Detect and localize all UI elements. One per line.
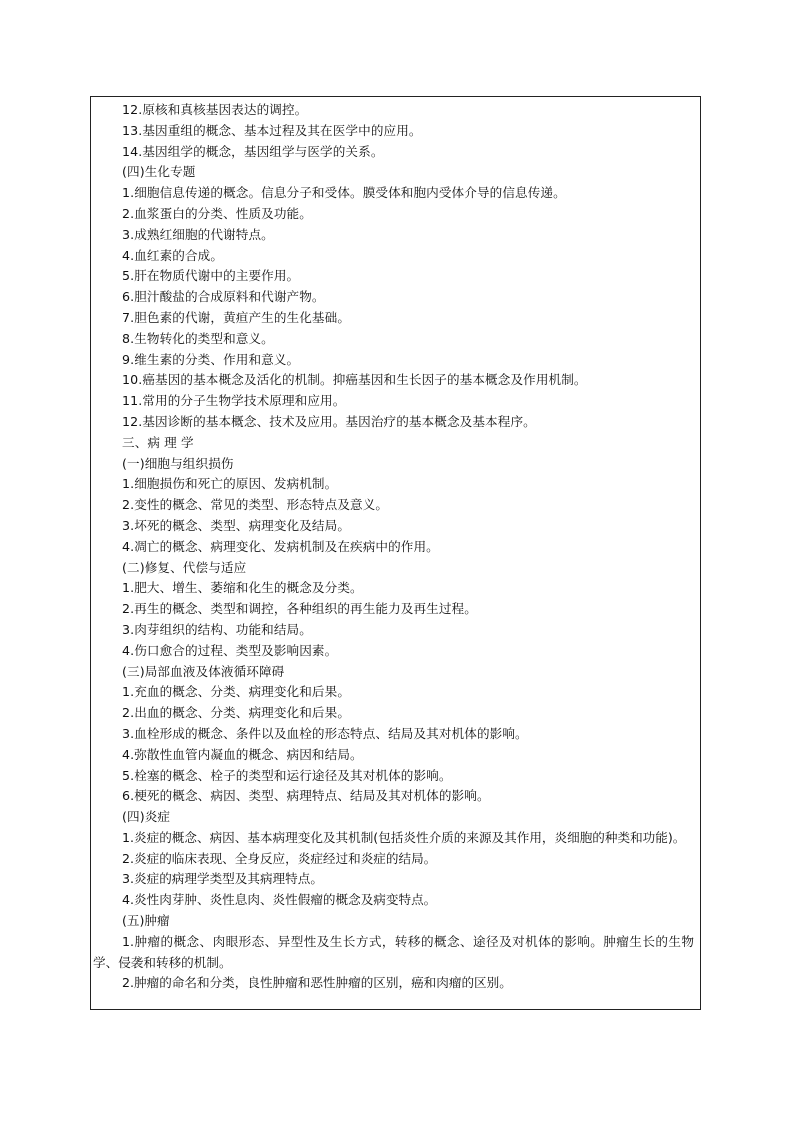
paragraph-item: 4.炎性肉芽肿、炎性息肉、炎性假瘤的概念及病变特点。 [91, 890, 700, 911]
list-item: 13.基因重组的概念、基本过程及其在医学中的应用。 [91, 121, 700, 142]
list-item: 6.胆汁酸盐的合成原料和代谢产物。 [91, 287, 700, 308]
paragraph-item: 1.肿瘤的概念、肉眼形态、异型性及生长方式，转移的概念、途径及对机体的影响。肿瘤… [91, 932, 700, 974]
list-item: 2.出血的概念、分类、病理变化和后果。 [91, 703, 700, 724]
paragraph-item: 3.炎症的病理学类型及其病理特点。 [91, 869, 700, 890]
list-item: 10.癌基因的基本概念及活化的机制。抑癌基因和生长因子的基本概念及作用机制。 [91, 370, 700, 391]
paragraph-item: 1.炎症的概念、病因、基本病理变化及其机制(包括炎性介质的来源及其作用，炎细胞的… [91, 828, 700, 849]
list-item: 2.再生的概念、类型和调控，各种组织的再生能力及再生过程。 [91, 599, 700, 620]
list-item: 2.变性的概念、常见的类型、形态特点及意义。 [91, 495, 700, 516]
list-item: 11.常用的分子生物学技术原理和应用。 [91, 391, 700, 412]
list-item: 3.成熟红细胞的代谢特点。 [91, 225, 700, 246]
subsection-heading: (二)修复、代偿与适应 [91, 558, 700, 579]
content-box: 12.原核和真核基因表达的调控。 13.基因重组的概念、基本过程及其在医学中的应… [90, 96, 701, 1010]
list-item: 2.血浆蛋白的分类、性质及功能。 [91, 204, 700, 225]
subsection-heading: (四)炎症 [91, 807, 700, 828]
list-item: 1.充血的概念、分类、病理变化和后果。 [91, 682, 700, 703]
list-item: 5.肝在物质代谢中的主要作用。 [91, 266, 700, 287]
document-body: 12.原核和真核基因表达的调控。 13.基因重组的概念、基本过程及其在医学中的应… [91, 100, 700, 994]
paragraph-item: 2.炎症的临床表现、全身反应，炎症经过和炎症的结局。 [91, 849, 700, 870]
list-item: 8.生物转化的类型和意义。 [91, 329, 700, 350]
list-item: 14.基因组学的概念，基因组学与医学的关系。 [91, 142, 700, 163]
list-item: 4.伤口愈合的过程、类型及影响因素。 [91, 641, 700, 662]
list-item: 3.肉芽组织的结构、功能和结局。 [91, 620, 700, 641]
list-item: 1.肥大、增生、萎缩和化生的概念及分类。 [91, 578, 700, 599]
paragraph-item: 2.肿瘤的命名和分类，良性肿瘤和恶性肿瘤的区别，癌和肉瘤的区别。 [91, 973, 700, 994]
list-item: 4.血红素的合成。 [91, 246, 700, 267]
list-item: 4.弥散性血管内凝血的概念、病因和结局。 [91, 745, 700, 766]
list-item: 1.细胞损伤和死亡的原因、发病机制。 [91, 474, 700, 495]
section-heading: 三、病 理 学 [91, 433, 700, 454]
list-item: 12.基因诊断的基本概念、技术及应用。基因治疗的基本概念及基本程序。 [91, 412, 700, 433]
subsection-heading: (三)局部血液及体液循环障碍 [91, 662, 700, 683]
list-item: 3.坏死的概念、类型、病理变化及结局。 [91, 516, 700, 537]
subsection-heading: (四)生化专题 [91, 162, 700, 183]
subsection-heading: (一)细胞与组织损伤 [91, 454, 700, 475]
list-item: 12.原核和真核基因表达的调控。 [91, 100, 700, 121]
subsection-heading: (五)肿瘤 [91, 911, 700, 932]
list-item: 3.血栓形成的概念、条件以及血栓的形态特点、结局及其对机体的影响。 [91, 724, 700, 745]
list-item: 6.梗死的概念、病因、类型、病理特点、结局及其对机体的影响。 [91, 786, 700, 807]
list-item: 1.细胞信息传递的概念。信息分子和受体。膜受体和胞内受体介导的信息传递。 [91, 183, 700, 204]
list-item: 5.栓塞的概念、栓子的类型和运行途径及其对机体的影响。 [91, 766, 700, 787]
list-item: 7.胆色素的代谢，黄疸产生的生化基础。 [91, 308, 700, 329]
list-item: 4.凋亡的概念、病理变化、发病机制及在疾病中的作用。 [91, 537, 700, 558]
list-item: 9.维生素的分类、作用和意义。 [91, 350, 700, 371]
